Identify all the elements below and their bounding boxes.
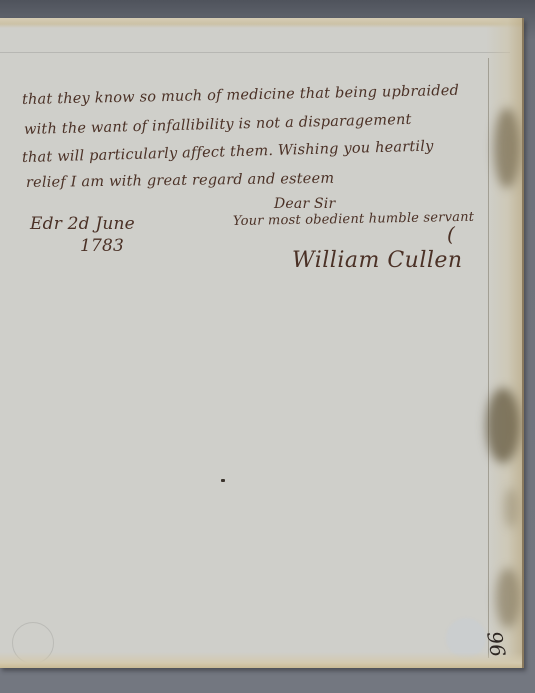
salutation: Dear Sir — [274, 196, 335, 212]
ink-dot — [221, 479, 225, 482]
soot-stain — [496, 568, 520, 628]
stamp-mark — [446, 618, 486, 658]
soot-stain — [504, 488, 518, 528]
closing-flourish: ( — [447, 222, 455, 246]
signature: William Cullen — [292, 248, 463, 273]
page-number: 96 — [483, 629, 511, 658]
fold-line — [0, 52, 510, 53]
faint-stamp-mark — [12, 622, 54, 664]
soot-stain — [486, 388, 520, 463]
place-date: Edr 2d June — [30, 214, 135, 234]
date-year: 1783 — [80, 236, 124, 256]
soot-stain — [494, 108, 520, 188]
